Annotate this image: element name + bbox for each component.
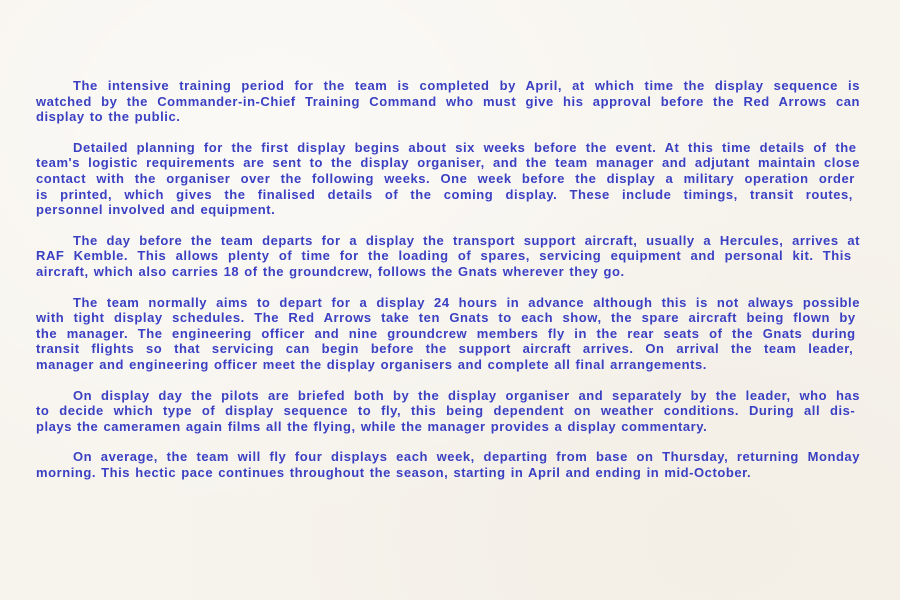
text-line: plays the cameramen again films all the … bbox=[36, 419, 860, 435]
paragraph-day-before: The day before the team departs for a di… bbox=[36, 233, 860, 280]
text-line: display to the public. bbox=[36, 109, 860, 125]
text-line: team's logistic requirements are sent to… bbox=[36, 155, 860, 171]
text-line: watched by the Commander-in-Chief Traini… bbox=[36, 94, 860, 110]
text-line: RAF Kemble. This allows plenty of time f… bbox=[36, 248, 860, 264]
text-line: with tight display schedules. The Red Ar… bbox=[36, 310, 860, 326]
text-line: morning. This hectic pace continues thro… bbox=[36, 465, 860, 481]
text-line: the manager. The engineering officer and… bbox=[36, 326, 860, 342]
text-line: The team normally aims to depart for a d… bbox=[36, 295, 860, 311]
text-line: On display day the pilots are briefed bo… bbox=[36, 388, 860, 404]
text-line: contact with the organiser over the foll… bbox=[36, 171, 860, 187]
text-line: The day before the team departs for a di… bbox=[36, 233, 860, 249]
text-line: aircraft, which also carries 18 of the g… bbox=[36, 264, 860, 280]
paragraph-departure: The team normally aims to depart for a d… bbox=[36, 295, 860, 373]
text-line: The intensive training period for the te… bbox=[36, 78, 860, 94]
document-page: The intensive training period for the te… bbox=[0, 0, 900, 600]
paragraph-display-day: On display day the pilots are briefed bo… bbox=[36, 388, 860, 435]
text-line: personnel involved and equipment. bbox=[36, 202, 860, 218]
body-text: The intensive training period for the te… bbox=[36, 78, 860, 480]
text-line: is printed, which gives the finalised de… bbox=[36, 187, 860, 203]
text-line: On average, the team will fly four displ… bbox=[36, 449, 860, 465]
text-line: to decide which type of display sequence… bbox=[36, 403, 860, 419]
text-line: Detailed planning for the first display … bbox=[36, 140, 860, 156]
paragraph-detailed-planning: Detailed planning for the first display … bbox=[36, 140, 860, 218]
paragraph-training-period: The intensive training period for the te… bbox=[36, 78, 860, 125]
text-line: manager and engineering officer meet the… bbox=[36, 357, 860, 373]
paragraph-weekly-schedule: On average, the team will fly four displ… bbox=[36, 449, 860, 480]
text-line: transit flights so that servicing can be… bbox=[36, 341, 860, 357]
